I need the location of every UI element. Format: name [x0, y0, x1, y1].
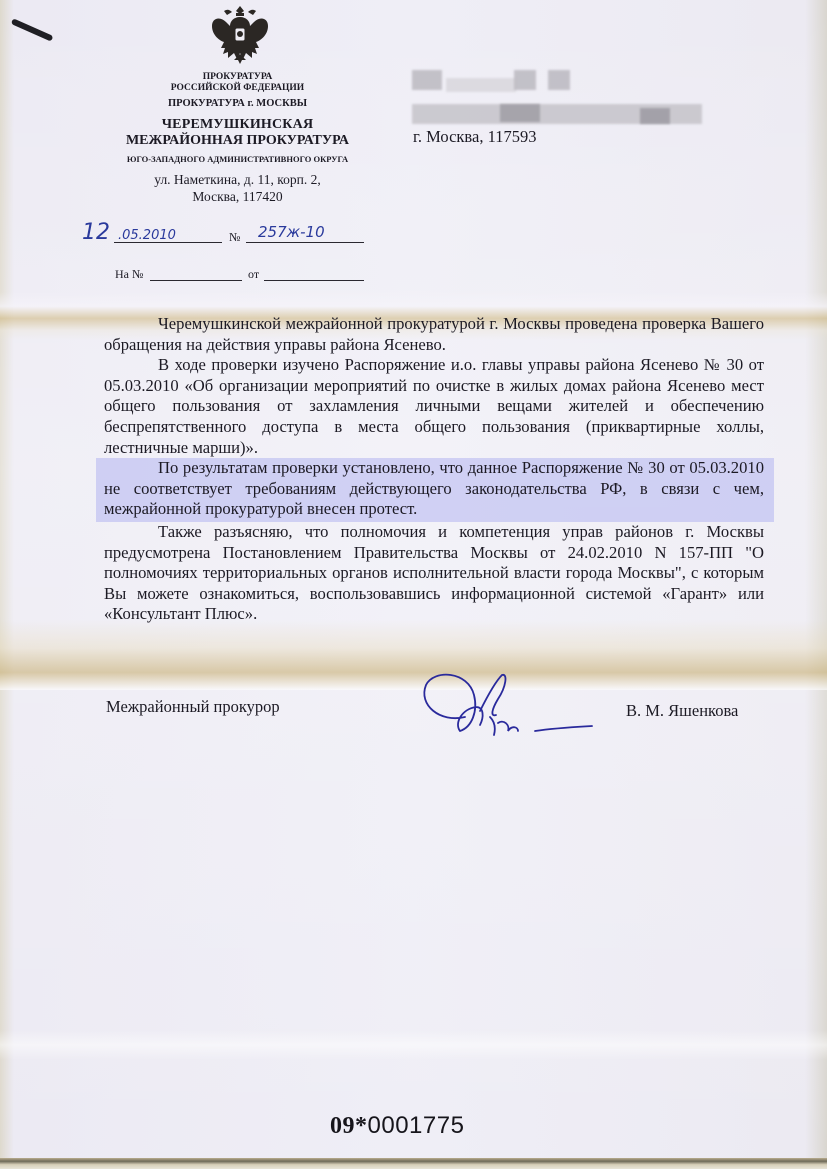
from-label: от	[248, 267, 259, 282]
date-day: 12	[82, 220, 110, 245]
header-title: ЧЕРЕМУШКИНСКАЯ	[105, 117, 370, 133]
redacted-text	[514, 70, 536, 90]
russian-coat-of-arms-icon	[210, 4, 270, 66]
letter-body: Черемушкинской межрайонной прокуратурой …	[104, 314, 764, 625]
highlighted-paragraph: По результатам проверки установлено, что…	[96, 458, 774, 522]
signer-role: Межрайонный прокурор	[106, 697, 280, 717]
number-underline	[246, 242, 364, 243]
signer-name: В. М. Яшенкова	[626, 701, 738, 721]
redacted-text	[500, 104, 540, 122]
ref-underline	[150, 280, 242, 281]
serial-number: 09*0001775	[330, 1112, 464, 1140]
paper-edge	[0, 1158, 827, 1169]
header-title: МЕЖРАЙОННАЯ ПРОКУРАТУРА	[105, 133, 370, 149]
date-rest: .05.2010	[118, 228, 176, 243]
number-value: 257ж-10	[258, 223, 325, 241]
redacted-text	[412, 70, 442, 90]
body-paragraph: В ходе проверки изучено Распоряжение и.о…	[104, 355, 764, 458]
redacted-text	[548, 70, 570, 90]
serial-prefix: 09*	[330, 1113, 368, 1139]
header-line: ПРОКУРАТУРА г. МОСКВЫ	[105, 98, 370, 109]
from-underline	[264, 280, 364, 281]
handwritten-signature-icon	[410, 665, 600, 755]
paper-fold	[0, 1030, 827, 1060]
header-line: ЮГО-ЗАПАДНОГО АДМИНИСТРАТИВНОГО ОКРУГА	[105, 154, 370, 164]
redacted-text	[640, 108, 670, 124]
pen-mark	[11, 18, 54, 41]
body-paragraph: Также разъясняю, что полномочия и компет…	[104, 522, 764, 625]
body-paragraph: Черемушкинской межрайонной прокуратурой …	[104, 314, 764, 355]
serial-digits: 0001775	[368, 1112, 465, 1139]
letter-page: ПРОКУРАТУРА РОССИЙСКОЙ ФЕДЕРАЦИИ ПРОКУРА…	[0, 0, 827, 1169]
header-address: ул. Наметкина, д. 11, корп. 2,	[105, 172, 370, 188]
date-underline	[114, 242, 222, 243]
ref-label: На №	[115, 267, 143, 282]
header-line: РОССИЙСКОЙ ФЕДЕРАЦИИ	[105, 83, 370, 93]
header-line: ПРОКУРАТУРА	[105, 72, 370, 82]
number-label: №	[229, 230, 240, 245]
header-address: Москва, 117420	[105, 189, 370, 205]
redacted-text	[446, 78, 516, 92]
recipient-city: г. Москва, 117593	[413, 127, 536, 147]
